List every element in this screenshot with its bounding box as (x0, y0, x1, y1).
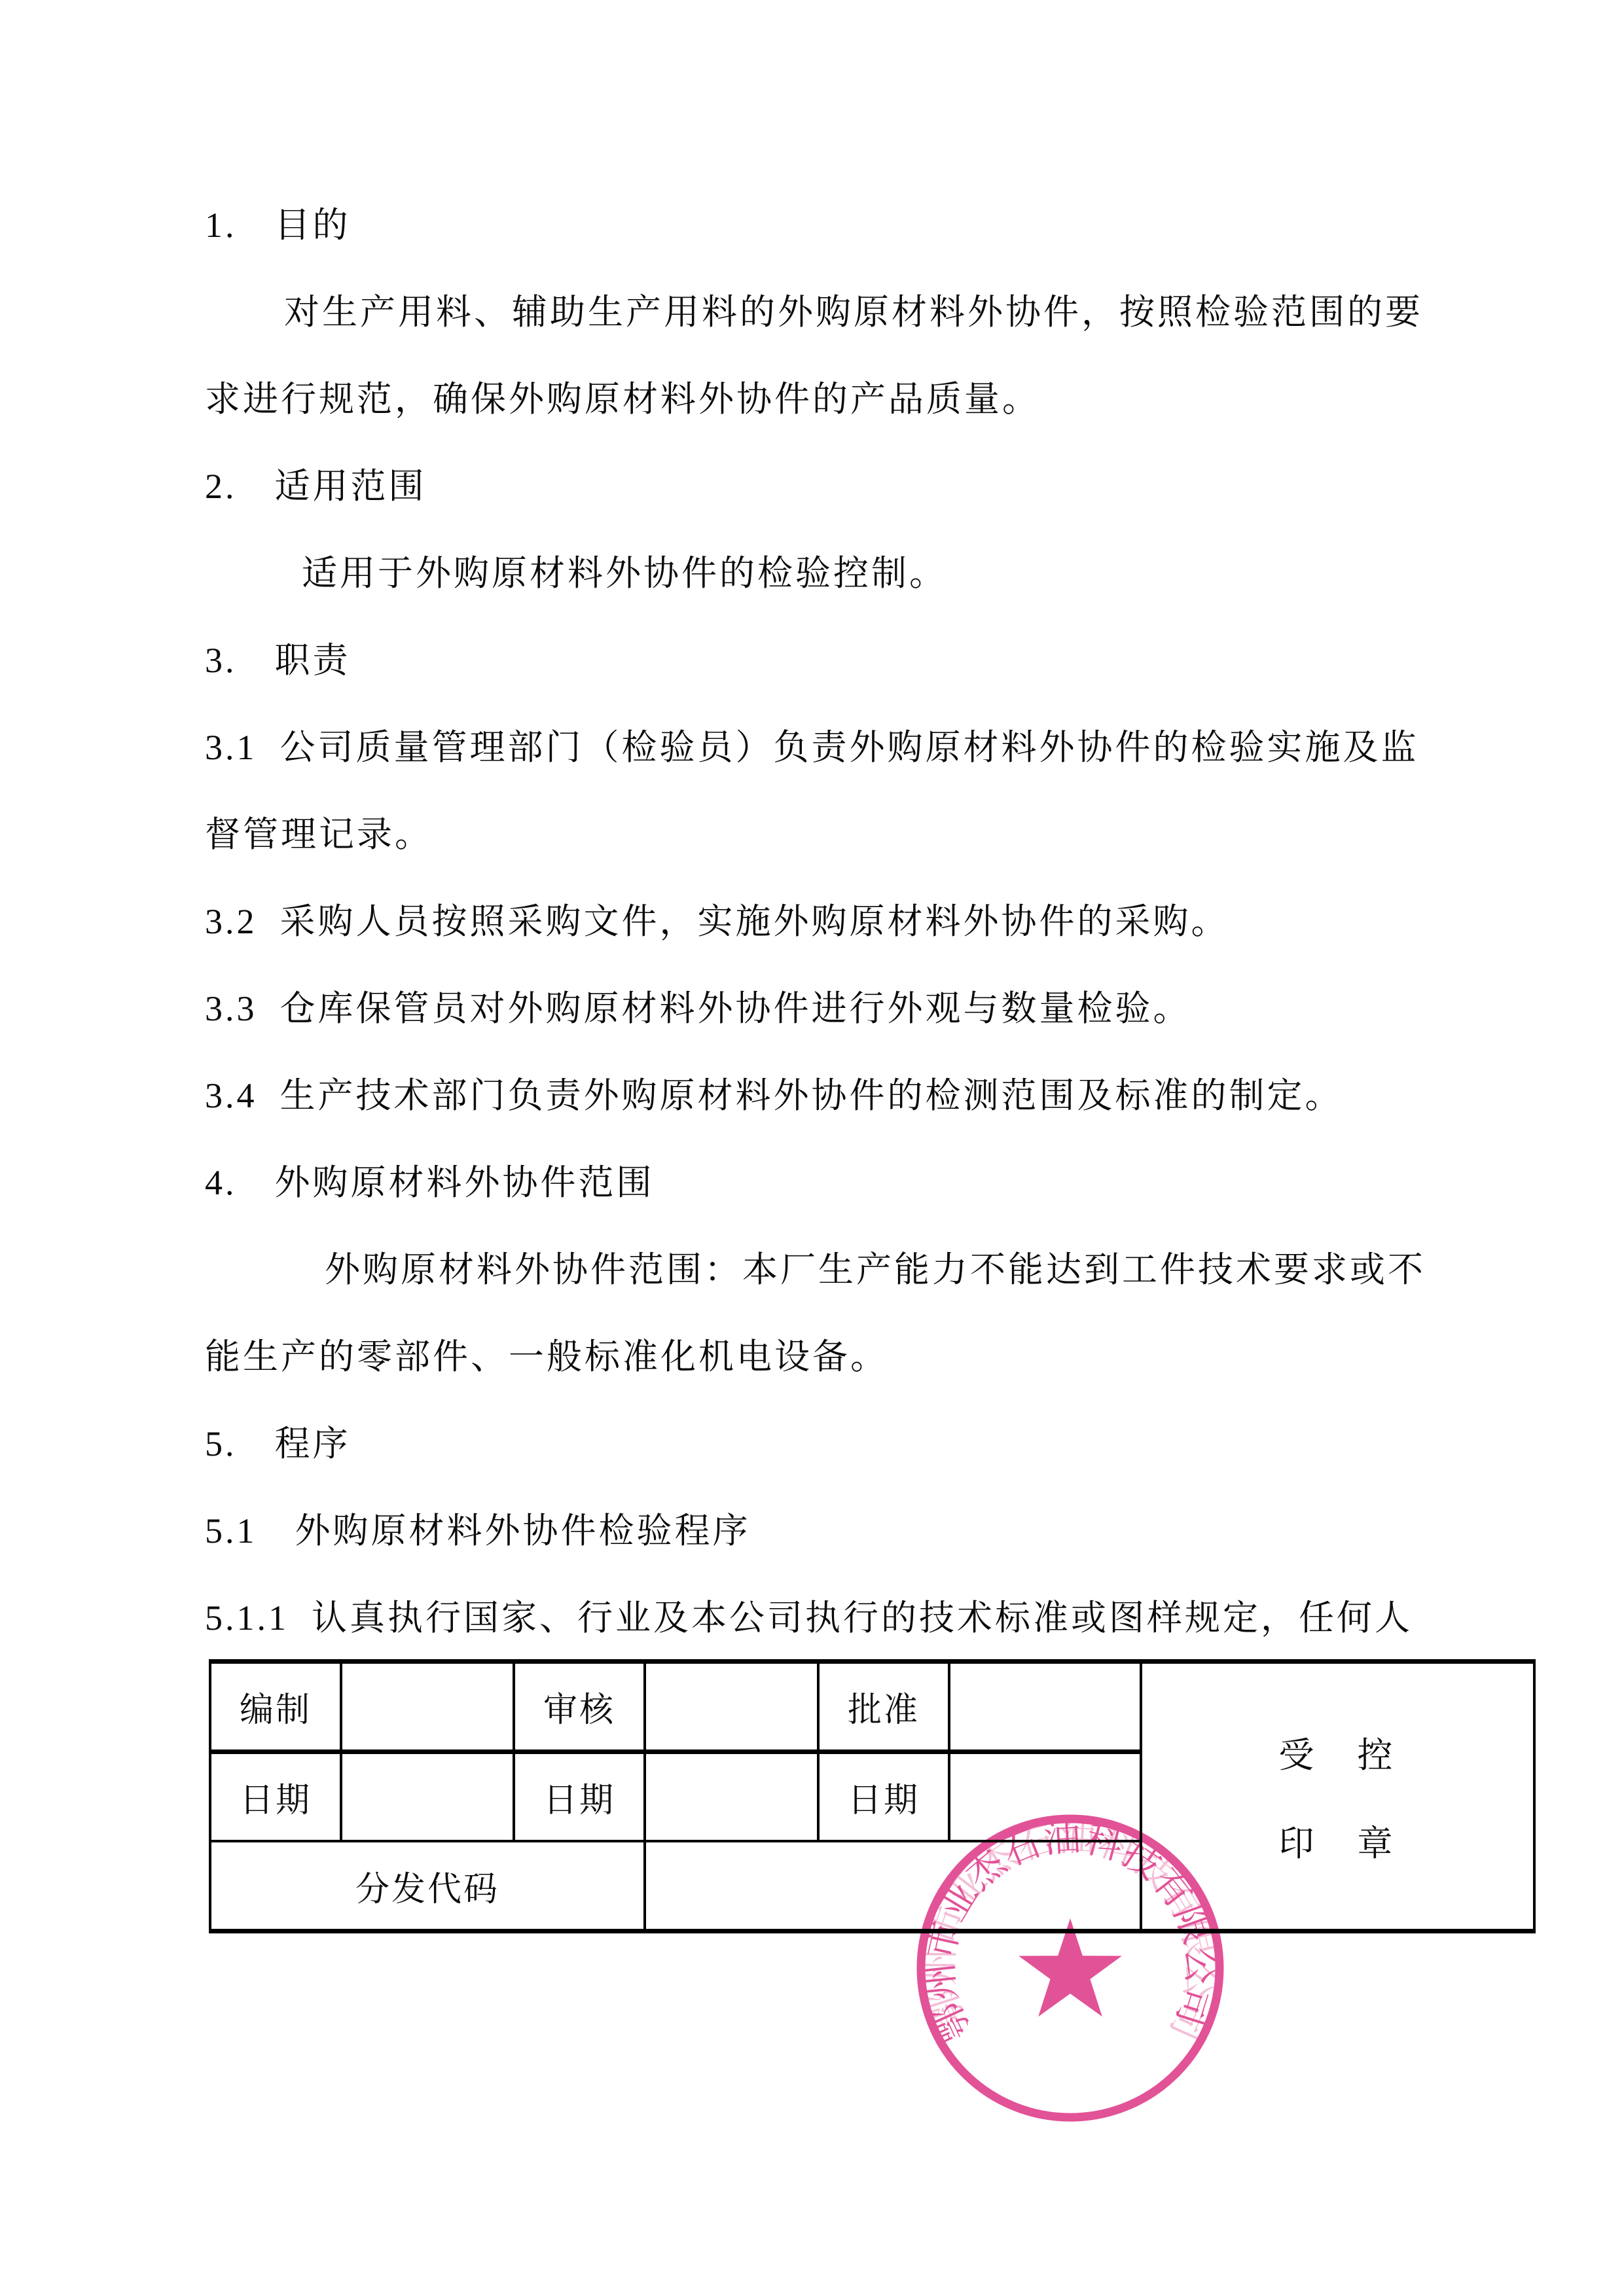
body-line: 适用于外购原材料外协件的检验控制。 (205, 530, 1460, 617)
section-heading: 5. 程序 (205, 1401, 1460, 1488)
distribution-code-label-cell: 分发代码 (210, 1841, 645, 1931)
body-line: 3.2 采购人员按照采购文件，实施外购原材料外协件的采购。 (205, 878, 1460, 965)
section-heading: 1. 目的 (205, 182, 1460, 269)
body-line: 3.1 公司质量管理部门（检验员）负责外购原材料外协件的检验实施及监 (205, 704, 1460, 791)
section-heading: 3. 职责 (205, 617, 1460, 704)
body-line: 求进行规范，确保外购原材料外协件的产品质量。 (205, 356, 1460, 443)
review-label-cell: 审核 (514, 1662, 645, 1752)
approve-label-cell: 批准 (818, 1662, 949, 1752)
seal-label: 印 章 (1279, 1816, 1397, 1866)
approve-value-cell (949, 1662, 1141, 1752)
date-label-cell: 日期 (210, 1752, 341, 1842)
body-line: 外购原材料外协件范围：本厂生产能力不能达到工件技术要求或不 (205, 1227, 1460, 1314)
body-line: 5.1.1 认真执行国家、行业及本公司执行的技术标准或图样规定，任何人 (205, 1575, 1460, 1662)
controlled-label: 受 控 (1279, 1727, 1397, 1778)
company-stamp-icon: 鄂州市亚杰石油科技有限公司 鄂州市亚杰石油科技有限公司 (911, 1808, 1229, 2126)
date-value-cell (341, 1752, 514, 1842)
stamp-star-icon (1019, 1918, 1122, 2017)
review-value-cell (645, 1662, 818, 1752)
section-heading: 5.1 外购原材料外协件检验程序 (205, 1488, 1460, 1575)
section-heading: 2. 适用范围 (205, 443, 1460, 530)
compile-label-cell: 编制 (210, 1662, 341, 1752)
body-line: 3.4 生产技术部门负责外购原材料外协件的检测范围及标准的制定。 (205, 1052, 1460, 1139)
body-line: 对生产用料、辅助生产用料的外购原材料外协件，按照检验范围的要 (205, 269, 1460, 356)
document-body: 1. 目的 对生产用料、辅助生产用料的外购原材料外协件，按照检验范围的要 求进行… (205, 182, 1460, 1662)
compile-value-cell (341, 1662, 514, 1752)
body-line: 3.3 仓库保管员对外购原材料外协件进行外观与数量检验。 (205, 965, 1460, 1052)
date-label-cell: 日期 (514, 1752, 645, 1842)
body-line: 能生产的零部件、一般标准化机电设备。 (205, 1314, 1460, 1401)
document-page: 1. 目的 对生产用料、辅助生产用料的外购原材料外协件，按照检验范围的要 求进行… (0, 0, 1624, 2296)
body-line: 督管理记录。 (205, 791, 1460, 878)
section-heading: 4. 外购原材料外协件范围 (205, 1139, 1460, 1227)
approval-table: 编制 审核 批准 受 控 印 章 日期 日期 日期 分发代码 (209, 1659, 1536, 1933)
date-value-cell (645, 1752, 818, 1842)
